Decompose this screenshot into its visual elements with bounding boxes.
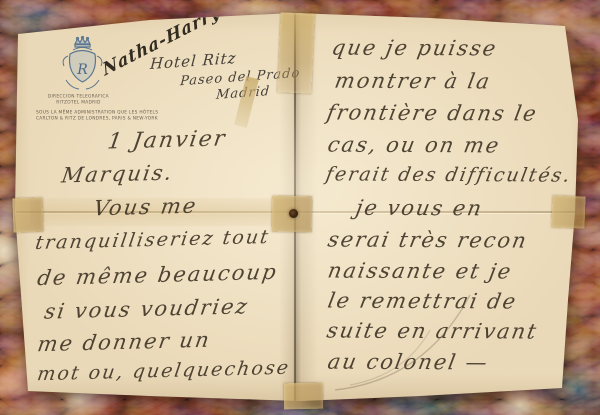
hw-line: je vous en xyxy=(354,196,485,221)
hw-line: de même beaucoup xyxy=(36,260,280,290)
hw-line: me donner un xyxy=(36,328,213,357)
hw-line: si vous voudriez xyxy=(43,294,251,323)
hw-line: ferait des difficultés. xyxy=(324,163,573,186)
hw-line: frontière dans le xyxy=(325,100,540,125)
hw-line-date: 1 Janvier xyxy=(106,126,228,154)
tape-top-fold xyxy=(277,12,314,93)
hw-line: que je puisse xyxy=(330,36,500,61)
hw-line-salutation: Marquis. xyxy=(60,161,175,188)
photograph-of-letter: R Hotel Ritz Paseo del Prado Madrid DIRE… xyxy=(0,0,600,415)
hw-line: le remettrai de xyxy=(326,289,520,314)
ritz-crest-icon: R xyxy=(56,34,108,98)
hw-line: au colonel — xyxy=(326,350,491,375)
administration-block: SOUS LA MÊME ADMINISTRATION QUE LES HÔTE… xyxy=(36,110,158,122)
hw-line: cas, ou on me xyxy=(326,133,503,158)
administration-line2: CARLTON & RITZ DE LONDRES, PARIS & NEW-Y… xyxy=(36,116,158,122)
tape-right-edge xyxy=(551,195,585,228)
hw-line: montrer à la xyxy=(333,69,493,94)
telegraph-line2: RITZOTEL MADRID xyxy=(46,100,111,106)
hw-line: naissante et je xyxy=(326,259,515,284)
letterhead-hotel-name: Hotel Ritz xyxy=(149,49,237,73)
telegraph-address-block: DIRECCION TELEGRAFICA RITZOTEL MADRID xyxy=(46,94,111,106)
tape-bottom-fold xyxy=(284,383,323,410)
tape-left-edge xyxy=(12,197,43,232)
pin-hole xyxy=(289,209,298,218)
hw-line: Vous me xyxy=(92,194,199,221)
hw-line: suite en arrivant xyxy=(325,318,540,343)
svg-text:R: R xyxy=(76,62,88,78)
hw-line: serai très recon xyxy=(326,227,530,252)
hw-line: tranquilliseriez tout xyxy=(34,226,272,254)
hw-line: mot ou, quelquechose xyxy=(36,357,292,386)
